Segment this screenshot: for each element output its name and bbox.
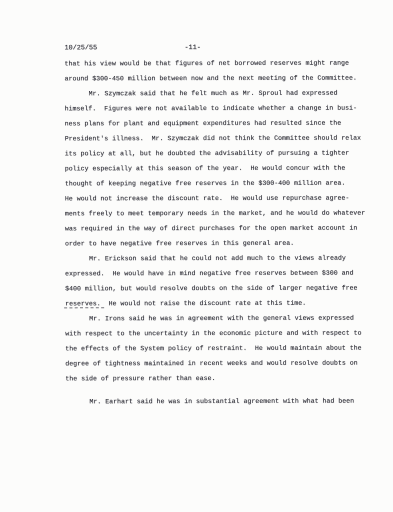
- document-line: ness plans for plant and equipment expen…: [65, 116, 365, 132]
- document-line: with respect to the uncertainty in the e…: [65, 326, 365, 342]
- document-line: He would not increase the discount rate.…: [65, 191, 365, 207]
- document-line: himself. Figures were not available to i…: [65, 101, 365, 117]
- document-line: Mr. Szymczak said that he felt much as M…: [65, 86, 365, 102]
- document-line: Mr. Erickson said that he could not add …: [65, 251, 365, 267]
- document-date: 10/25/55: [64, 41, 97, 56]
- document-line: its policy at all, but he doubted the ad…: [65, 146, 365, 162]
- document-line: policy especially at this season of the …: [65, 161, 365, 177]
- document-line: Mr. Earhart said he was in substantial a…: [65, 394, 365, 410]
- document-line: the effects of the System policy of rest…: [65, 341, 365, 357]
- page-header: 10/25/55 -11-: [64, 41, 360, 57]
- document-line: $400 million, but would resolve doubts o…: [65, 281, 365, 297]
- document-line: President's illness. Mr. Szymczak did no…: [65, 131, 365, 147]
- document-line: ments freely to meet temporary needs in …: [65, 206, 365, 222]
- document-line: that his view would be that figures of n…: [64, 56, 364, 72]
- document-line: thought of keeping negative free reserve…: [65, 176, 365, 192]
- page-number: -11-: [184, 41, 200, 56]
- document-line: degree of tightness maintained in recent…: [65, 356, 365, 372]
- scanned-page-content: 10/25/55 -11- that his view would be tha…: [0, 0, 393, 512]
- document-line: reserves. He would not raise the discoun…: [65, 296, 365, 312]
- document-line: around $300-450 million between now and …: [65, 71, 365, 87]
- document-line: expressed. He would have in mind negativ…: [65, 266, 365, 282]
- document-body: that his view would be that figures of n…: [64, 56, 365, 410]
- document-line: was required in the way of direct purcha…: [65, 221, 365, 237]
- document-page: 10/25/55 -11- that his view would be tha…: [0, 0, 393, 512]
- document-line: the side of pressure rather than ease.: [65, 371, 365, 387]
- scan-artifact-underline: [64, 307, 104, 308]
- document-line: order to have negative free reserves in …: [65, 236, 365, 252]
- document-line: Mr. Irons said he was in agreement with …: [65, 311, 365, 327]
